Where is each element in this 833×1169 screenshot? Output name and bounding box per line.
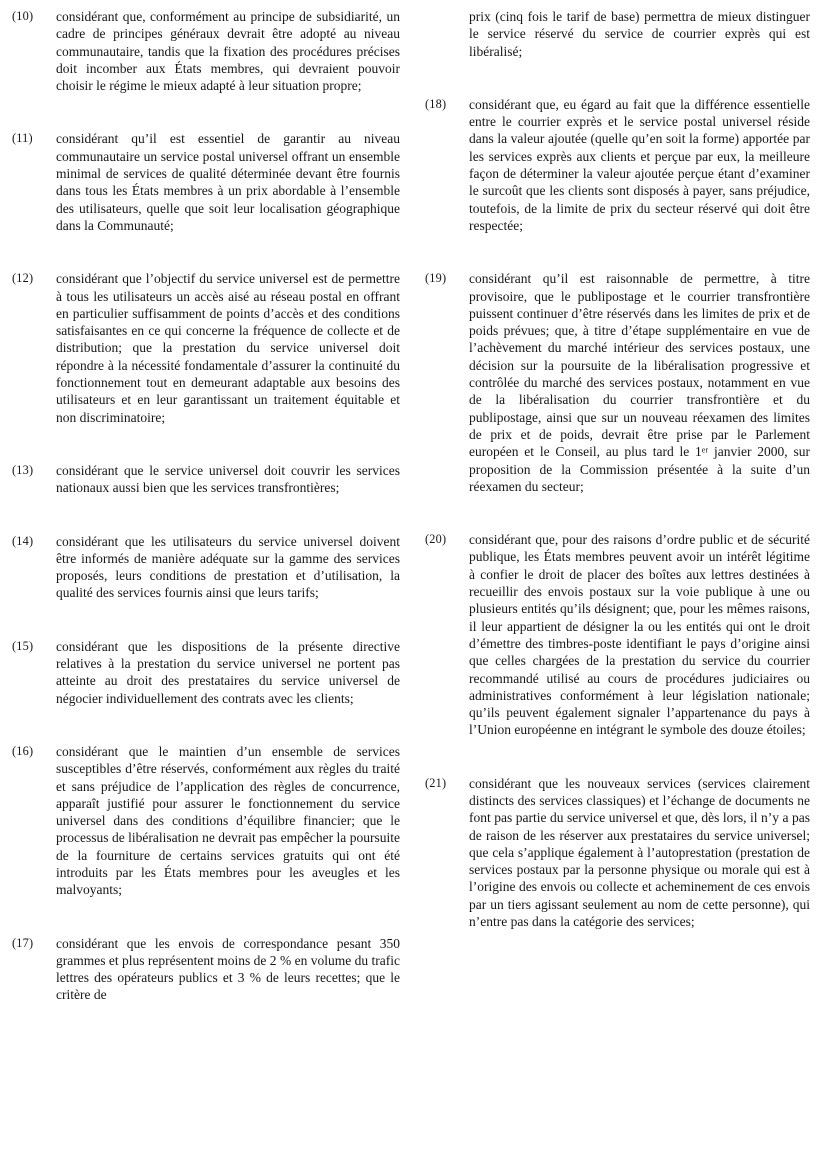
recital-number: (16) bbox=[12, 743, 56, 760]
recital-item-13: (13) considérant que le service universe… bbox=[12, 462, 400, 497]
recital-text: considérant que l’objectif du service un… bbox=[56, 270, 400, 426]
recital-item-12: (12) considérant que l’objectif du servi… bbox=[12, 270, 400, 426]
recital-item-19: (19) considérant qu’il est raisonnable d… bbox=[425, 270, 810, 495]
recital-item-16: (16) considérant que le maintien d’un en… bbox=[12, 743, 400, 899]
recital-number: (21) bbox=[425, 775, 469, 792]
recital-item-11: (11) considérant qu’il est essentiel de … bbox=[12, 130, 400, 234]
recital-number: (10) bbox=[12, 8, 56, 25]
recital-number: (13) bbox=[12, 462, 56, 479]
recital-item-20: (20) considérant que, pour des raisons d… bbox=[425, 531, 810, 739]
recital-number: (20) bbox=[425, 531, 469, 548]
recital-item-14: (14) considérant que les utilisateurs du… bbox=[12, 533, 400, 602]
recital-item-10: (10) considérant que, conformément au pr… bbox=[12, 8, 400, 94]
right-column: prix (cinq fois le tarif de base) permet… bbox=[425, 8, 810, 1169]
recital-text: considérant que les utilisateurs du serv… bbox=[56, 533, 400, 602]
recital-number: (14) bbox=[12, 533, 56, 550]
document-page: (10) considérant que, conformément au pr… bbox=[0, 0, 833, 1169]
recital-number: (12) bbox=[12, 270, 56, 287]
recital-text: considérant que les nouveaux services (s… bbox=[469, 775, 810, 931]
recital-text: considérant que, pour des raisons d’ordr… bbox=[469, 531, 810, 739]
recital-number: (17) bbox=[12, 935, 56, 952]
recital-number: (15) bbox=[12, 638, 56, 655]
recital-item-15: (15) considérant que les dispositions de… bbox=[12, 638, 400, 707]
recital-text: considérant que les envois de correspond… bbox=[56, 935, 400, 1004]
recital-item-17: (17) considérant que les envois de corre… bbox=[12, 935, 400, 1004]
recital-text: considérant que le service universel doi… bbox=[56, 462, 400, 497]
recital-text: considérant que, eu égard au fait que la… bbox=[469, 96, 810, 234]
recital-text: considérant qu’il est raisonnable de per… bbox=[469, 270, 810, 495]
recital-number: (19) bbox=[425, 270, 469, 287]
recital-text: considérant qu’il est essentiel de garan… bbox=[56, 130, 400, 234]
recital-text: considérant que le maintien d’un ensembl… bbox=[56, 743, 400, 899]
left-column: (10) considérant que, conformément au pr… bbox=[12, 8, 400, 1169]
recital-item-21: (21) considérant que les nouveaux servic… bbox=[425, 775, 810, 931]
recital-number: (11) bbox=[12, 130, 56, 147]
recital-item-17-continuation: prix (cinq fois le tarif de base) permet… bbox=[425, 8, 810, 60]
recital-number: (18) bbox=[425, 96, 469, 113]
recital-text: considérant que, conformément au princip… bbox=[56, 8, 400, 94]
recital-text: considérant que les dispositions de la p… bbox=[56, 638, 400, 707]
recital-item-18: (18) considérant que, eu égard au fait q… bbox=[425, 96, 810, 234]
recital-text: prix (cinq fois le tarif de base) permet… bbox=[469, 8, 810, 60]
